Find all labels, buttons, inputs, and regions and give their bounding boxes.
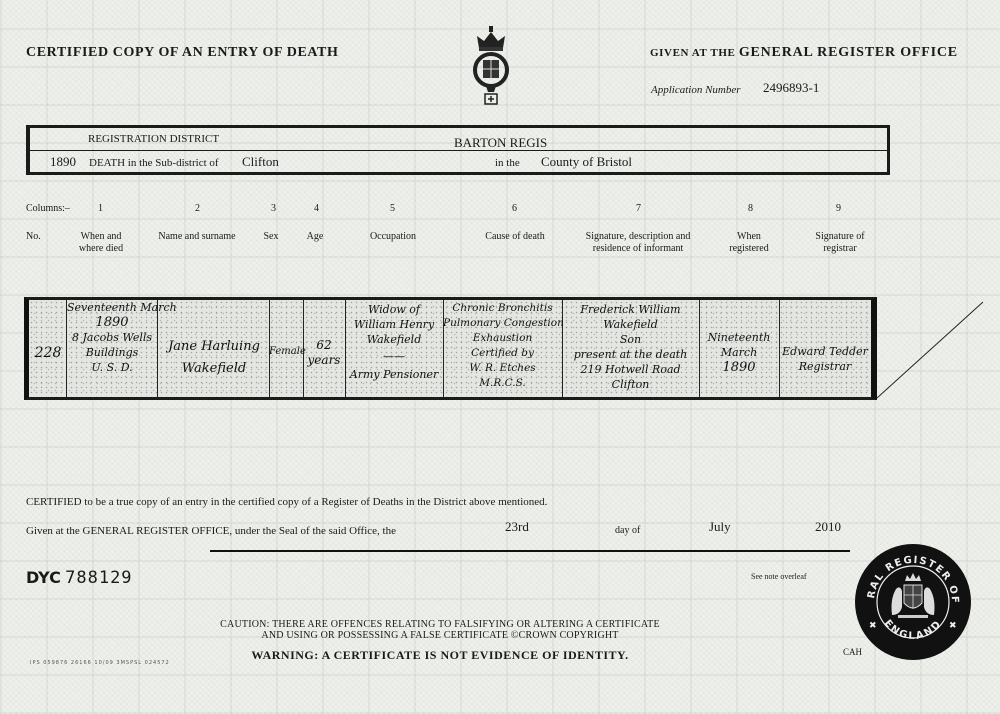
columns-label: Columns:– <box>26 203 70 214</box>
column-number-4: 4 <box>314 203 319 214</box>
entry-cause-line1: Chronic Bronchitis <box>443 301 562 316</box>
entry-informant-town: Clifton <box>562 377 699 392</box>
application-number-value: 2496893-1 <box>763 80 819 96</box>
registration-district-label: REGISTRATION DISTRICT <box>88 133 219 145</box>
see-note-overleaf: See note overleaf <box>751 572 807 581</box>
entry-year-of-death: 1890 <box>67 315 157 330</box>
registration-district-box: REGISTRATION DISTRICT BARTON REGIS 1890 … <box>26 125 890 175</box>
entry-registrar-name: Edward Tedder <box>779 344 871 359</box>
caution-line2: AND USING OR POSSESSING A FALSE CERTIFIC… <box>180 630 700 641</box>
registration-year: 1890 <box>50 154 76 170</box>
serial-prefix: DYC <box>26 568 61 587</box>
entry-when-registered: Nineteenth March 1890 <box>699 330 779 375</box>
print-code: IPS 059876 26166 10/09 3MSPSL 024572 <box>30 660 170 666</box>
entry-sex: Female <box>269 344 303 359</box>
application-number-label: Application Number <box>651 84 741 96</box>
given-at-office: GIVEN AT THE GENERAL REGISTER OFFICE <box>650 45 958 61</box>
given-at-prefix: GIVEN AT THE <box>650 47 735 59</box>
entry-informant-address: 219 Hotwell Road <box>562 362 699 377</box>
entry-date-of-death: Seventeenth March <box>67 300 157 315</box>
column-number-5: 5 <box>390 203 395 214</box>
entry-surname: Wakefield <box>159 358 269 380</box>
entry-age-unit: years <box>303 353 345 368</box>
column-number-8: 8 <box>748 203 753 214</box>
entry-cause-line2: Pulmonary Congestion <box>443 316 562 331</box>
entry-name: Jane Harluing Wakefield <box>159 336 269 380</box>
entry-occupation: Widow of William Henry Wakefield —— Army… <box>345 302 443 382</box>
entry-age-number: 62 <box>303 338 345 353</box>
column-header-name: Name and surname <box>152 231 242 243</box>
column-header-registrar: Signature of registrar <box>800 231 880 255</box>
given-at-statement: Given at the GENERAL REGISTER OFFICE, un… <box>26 525 396 537</box>
entry-occupation-line4: Army Pensioner <box>345 367 443 382</box>
entry-place-line1: 8 Jacobs Wells <box>67 330 157 345</box>
certificate-serial: DYC 788129 <box>26 568 133 588</box>
column-header-when-where: When and where died <box>72 231 130 255</box>
column-header-sex: Sex <box>256 231 286 243</box>
column-header-occupation: Occupation <box>348 231 438 243</box>
column-number-3: 3 <box>271 203 276 214</box>
in-the-label: in the <box>495 157 520 169</box>
signature-line <box>210 550 850 552</box>
svg-text:✖: ✖ <box>949 620 957 630</box>
entry-informant-relation: Son <box>562 332 699 347</box>
entry-age: 62 years <box>303 338 345 368</box>
certification-statement: CERTIFIED to be a true copy of an entry … <box>26 496 547 508</box>
column-number-2: 2 <box>195 203 200 214</box>
entry-place-line2: Buildings <box>67 345 157 360</box>
column-number-9: 9 <box>836 203 841 214</box>
entry-registrar: Edward Tedder Registrar <box>779 344 871 374</box>
document-title: CERTIFIED COPY OF AN ENTRY OF DEATH <box>26 45 338 61</box>
certification-month: July <box>709 519 731 535</box>
subdistrict-value: Clifton <box>242 154 279 170</box>
entry-informant: Frederick William Wakefield Son present … <box>562 302 699 392</box>
caution-line1: CAUTION: THERE ARE OFFENCES RELATING TO … <box>180 619 700 630</box>
entry-registrar-title: Registrar <box>779 359 871 374</box>
column-header-informant: Signature, description and residence of … <box>576 231 700 255</box>
entry-registered-month: March <box>699 345 779 360</box>
entry-registered-day: Nineteenth <box>699 330 779 345</box>
entry-when-where: Seventeenth March 1890 8 Jacobs Wells Bu… <box>67 300 157 375</box>
column-number-6: 6 <box>512 203 517 214</box>
column-header-cause: Cause of death <box>470 231 560 243</box>
entry-informant-name: Frederick William <box>562 302 699 317</box>
county-value: County of Bristol <box>541 154 632 170</box>
certification-day: 23rd <box>505 519 529 535</box>
certification-year: 2010 <box>815 519 841 535</box>
entry-certified-by: Certified by <box>443 346 562 361</box>
entry-occupation-line3: Wakefield <box>345 332 443 347</box>
entry-place-line3: U. S. D. <box>67 360 157 375</box>
general-register-office-seal-icon: GENERAL REGISTER OFFICE ENGLAND ✖ ✖ <box>854 543 972 661</box>
day-of-label: day of <box>615 525 640 536</box>
column-number-1: 1 <box>98 203 103 214</box>
death-entry-row: 228 Seventeenth March 1890 8 Jacobs Well… <box>24 297 877 400</box>
entry-informant-description: present at the death <box>562 347 699 362</box>
entry-cause-of-death: Chronic Bronchitis Pulmonary Congestion … <box>443 301 562 391</box>
serial-number: 788129 <box>65 568 132 588</box>
caution-notice: CAUTION: THERE ARE OFFENCES RELATING TO … <box>180 619 700 641</box>
entry-certifier-name: W. R. Etches <box>443 361 562 376</box>
royal-crest-icon <box>472 26 510 108</box>
column-header-when-registered: When registered <box>718 231 780 255</box>
entry-informant-surname: Wakefield <box>562 317 699 332</box>
entry-number: 228 <box>31 346 65 361</box>
column-header-age: Age <box>300 231 330 243</box>
column-number-7: 7 <box>636 203 641 214</box>
svg-text:✖: ✖ <box>869 620 877 630</box>
column-header-no: No. <box>26 231 41 243</box>
entry-forenames: Jane Harluing <box>159 336 269 358</box>
subdistrict-label: DEATH in the Sub-district of <box>89 157 219 169</box>
identity-warning: WARNING: A CERTIFICATE IS NOT EVIDENCE O… <box>180 648 700 663</box>
entry-registered-year: 1890 <box>699 360 779 375</box>
entry-occupation-line1: Widow of <box>345 302 443 317</box>
entry-occupation-line2: William Henry <box>345 317 443 332</box>
office-name: GENERAL REGISTER OFFICE <box>739 45 958 60</box>
registration-district-value: BARTON REGIS <box>454 135 547 151</box>
cancel-diagonal-line <box>877 300 987 400</box>
entry-certifier-qualification: M.R.C.S. <box>443 376 562 391</box>
entry-cause-line3: Exhaustion <box>443 331 562 346</box>
